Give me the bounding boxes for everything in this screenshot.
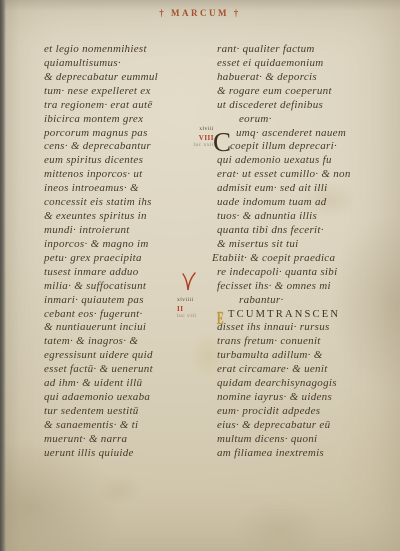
manuscript-line: trans fretum· conuenit: [217, 335, 375, 349]
manuscript-line: ineos introeamus· &: [44, 182, 194, 196]
manuscript-line: & rogare eum coeperunt: [217, 85, 375, 99]
manuscript-line: habuerat· & deporcis: [217, 71, 375, 85]
manuscript-line: milia· & suffocatisunt: [44, 280, 194, 294]
margin-note-line: VIII: [183, 134, 214, 143]
manuscript-line: qui adaemonio uexaba: [44, 391, 194, 405]
manuscript-line: et legio nomenmihiest: [44, 43, 194, 57]
manuscript-line: TCUMTRANSCEN: [217, 308, 375, 322]
manuscript-line: rabantur·: [217, 294, 375, 308]
manuscript-line: re indecapoli· quanta sibi: [217, 266, 375, 280]
margin-note-line: xlviiii: [177, 297, 217, 305]
manuscript-line: & exeuntes spiritus in: [44, 210, 194, 224]
manuscript-line: cebant eos· fugerunt·: [44, 308, 194, 322]
manuscript-line: eius· & deprecabatur eū: [217, 419, 375, 433]
margin-note-line: luc xxii: [183, 142, 214, 150]
manuscript-line: mundi· introierunt: [44, 224, 194, 238]
manuscript-line: tum· nese expelleret ex: [44, 85, 194, 99]
manuscript-photo: † MARCUM † et legio nomenmihiestquiamult…: [0, 0, 400, 551]
manuscript-line: eorum·: [217, 113, 375, 127]
manuscript-line: concessit eis statim ihs: [44, 196, 194, 210]
manuscript-line: esset factū· & uenerunt: [44, 363, 194, 377]
text-column-left: et legio nomenmihiestquiamultisumus·& de…: [44, 43, 194, 461]
text-column-right: rant· qualiter factumesset ei quidaemoni…: [217, 43, 375, 461]
red-paragraph-mark-icon: [181, 271, 197, 295]
manuscript-line: tusest inmare adduo: [44, 266, 194, 280]
manuscript-line: porcorum magnus pas: [44, 127, 194, 141]
manuscript-line: erat circamare· & uenit: [217, 363, 375, 377]
manuscript-line: egressisunt uidere quid: [44, 349, 194, 363]
margin-note-line: II: [177, 305, 217, 314]
manuscript-line: multum dicens· quoni: [217, 433, 375, 447]
manuscript-line: & misertus sit tui: [217, 238, 375, 252]
running-title: † MARCUM †: [0, 8, 400, 18]
manuscript-line: umq· ascenderet nauem: [217, 127, 375, 141]
manuscript-line: mittenos inporcos· ut: [44, 168, 194, 182]
manuscript-line: & sanaementis· & ti: [44, 419, 194, 433]
manuscript-line: uade indomum tuam ad: [217, 196, 375, 210]
manuscript-line: quiamultisumus·: [44, 57, 194, 71]
manuscript-line: uerunt illis quiuide: [44, 447, 194, 461]
manuscript-line: nomine iayrus· & uidens: [217, 391, 375, 405]
manuscript-line: coepit illum deprecari·: [217, 140, 375, 154]
manuscript-line: fecisset ihs· & omnes mi: [217, 280, 375, 294]
manuscript-line: ad ihm· & uident illū: [44, 377, 194, 391]
manuscript-line: am filiamea inextremis: [217, 447, 375, 461]
manuscript-line: eum spiritus dicentes: [44, 154, 194, 168]
manuscript-line: Etabiit· & coepit praedica: [212, 252, 375, 266]
manuscript-line: esset ei quidaemonium: [217, 57, 375, 71]
gold-initial-E: E: [217, 309, 223, 328]
manuscript-line: & nuntiauerunt inciui: [44, 321, 194, 335]
manuscript-line: cens· & deprecabantur: [44, 140, 194, 154]
manuscript-line: qui ademonio uexatus fu: [217, 154, 375, 168]
manuscript-line: quidam dearchisynagogis: [217, 377, 375, 391]
manuscript-line: eum· procidit adpedes: [217, 405, 375, 419]
manuscript-line: admisit eum· sed ait illi: [217, 182, 375, 196]
margin-canon-numbers-1: xlviiiVIIIluc xxii: [183, 126, 214, 150]
manuscript-line: muerunt· & narra: [44, 433, 194, 447]
manuscript-line: inporcos· & magno im: [44, 238, 194, 252]
manuscript-line: ut discederet definibus: [217, 99, 375, 113]
manuscript-line: disset ihs innaui· rursus: [217, 321, 375, 335]
manuscript-line: tatem· & inagros· &: [44, 335, 194, 349]
manuscript-line: tuos· & adnuntia illis: [217, 210, 375, 224]
margin-note-line: luc viii: [177, 313, 217, 321]
manuscript-line: tra regionem· erat autē: [44, 99, 194, 113]
manuscript-line: petu· grex praecipita: [44, 252, 194, 266]
margin-note-line: xlviii: [183, 126, 214, 134]
drop-cap-initial-C: C: [213, 129, 231, 156]
manuscript-line: & deprecabatur eummul: [44, 71, 194, 85]
manuscript-line: ibicirca montem grex: [44, 113, 194, 127]
margin-canon-numbers-2: xlviiiiIIluc viii: [177, 297, 217, 321]
manuscript-line: tur sedentem uestitū: [44, 405, 194, 419]
manuscript-line: quanta tibi dns fecerit·: [217, 224, 375, 238]
manuscript-line: rant· qualiter factum: [217, 43, 375, 57]
manuscript-line: erat· ut esset cumillo· & non: [217, 168, 375, 182]
manuscript-line: inmari· quiautem pas: [44, 294, 194, 308]
page-left-edge-shadow: [0, 0, 6, 551]
manuscript-line: turbamulta adillum· &: [217, 349, 375, 363]
